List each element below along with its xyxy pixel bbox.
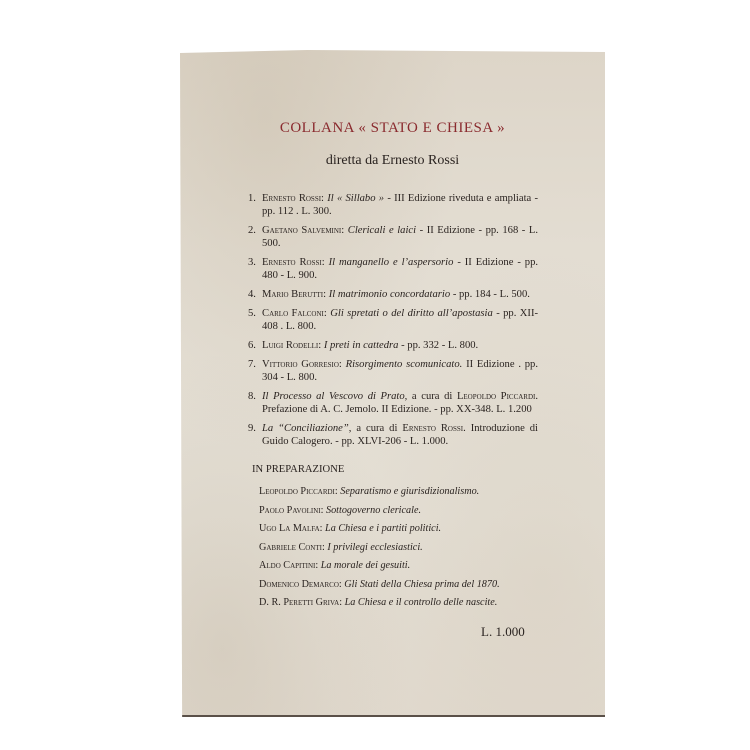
item-author: Ernesto Rossi: [262,193,324,204]
item-title: Il manganello e l’aspersorio [329,257,454,268]
catalog-item: 7. Vittorio Gorresio: Risorgimento scomu… [248,358,538,384]
item-number: 5. [248,307,256,320]
price-label: L. 1.000 [481,624,525,640]
catalog-item: 2. Gaetano Salvemini: Clericali e laici … [248,224,538,250]
item-author: Mario Berutti: [262,289,326,300]
item-title: I preti in cattedra [324,340,399,351]
item-title: Gli spretati o del diritto all’apostasia [330,308,493,319]
item-author: Carlo Falconi: [262,308,327,319]
item-title: Risorgimento scomunicato. [346,359,463,370]
item-number: 4. [248,288,256,301]
prep-item: Aldo Capitini: La morale dei gesuiti. [259,560,559,579]
prep-author: Aldo Capitini: [259,560,318,571]
prep-author: Domenico Demarco: [259,579,342,590]
prep-title: La Chiesa e i partiti politici. [325,523,441,534]
item-title: Il matrimonio concordatario [329,289,450,300]
catalog-item: 8. Il Processo al Vescovo di Prato, a cu… [248,390,538,416]
book-back-cover: COLLANA « STATO E CHIESA » diretta da Er… [180,50,605,717]
prep-author: Paolo Pavolini: [259,505,323,516]
item-editor: Leopoldo Piccardi. [457,391,538,402]
item-number: 1. [248,192,256,205]
item-number: 9. [248,422,256,435]
item-author: Gaetano Salvemini: [262,225,344,236]
item-connector: a cura di [407,391,457,402]
item-title: Clericali e laici [348,225,416,236]
prep-title: La Chiesa e il controllo delle nascite. [345,597,498,608]
item-details: Prefazione di A. C. Jemolo. II Edizione.… [262,404,532,415]
item-number: 7. [248,358,256,371]
catalog-item: 4. Mario Berutti: Il matrimonio concorda… [248,288,538,301]
prep-author: Gabriele Conti: [259,542,325,553]
item-author: Vittorio Gorresio: [262,359,342,370]
catalog-item: 3. Ernesto Rossi: Il manganello e l’aspe… [248,256,538,282]
in-preparation-heading: IN PREPARAZIONE [252,464,344,475]
item-title: La “Conciliazione” [262,423,349,434]
in-preparation-list: Leopoldo Piccardi: Separatismo e giurisd… [259,486,559,616]
item-number: 2. [248,224,256,237]
catalog-list: 1. Ernesto Rossi: Il « Sillabo » - III E… [248,192,538,454]
series-director: diretta da Ernesto Rossi [180,153,605,169]
item-number: 3. [248,256,256,269]
prep-title: Separatismo e giurisdizionalismo. [340,486,479,497]
item-details: - pp. 184 - L. 500. [450,289,530,300]
series-title: COLLANA « STATO E CHIESA » [180,120,605,137]
prep-title: Sottogoverno clericale. [326,505,421,516]
item-author: Ernesto Rossi: [262,257,325,268]
item-number: 6. [248,339,256,352]
catalog-item: 6. Luigi Rodelli: I preti in cattedra - … [248,339,538,352]
catalog-item: 9. La “Conciliazione”, a cura di Ernesto… [248,422,538,448]
prep-item: Domenico Demarco: Gli Stati della Chiesa… [259,579,559,598]
item-number: 8. [248,390,256,403]
prep-author: Ugo La Malfa: [259,523,323,534]
item-title: Il Processo al Vescovo di Prato, [262,391,407,402]
item-title: Il « Sillabo » [327,193,384,204]
prep-item: D. R. Peretti Griva: La Chiesa e il cont… [259,597,559,616]
prep-title: La morale dei gesuiti. [321,560,410,571]
item-connector: , a cura di [349,423,403,434]
prep-author: Leopoldo Piccardi: [259,486,338,497]
catalog-item: 1. Ernesto Rossi: Il « Sillabo » - III E… [248,192,538,218]
prep-item: Leopoldo Piccardi: Separatismo e giurisd… [259,486,559,505]
item-editor: Ernesto Rossi. [402,423,465,434]
prep-item: Ugo La Malfa: La Chiesa e i partiti poli… [259,523,559,542]
prep-title: I privilegi ecclesiastici. [327,542,422,553]
item-author: Luigi Rodelli: [262,340,321,351]
prep-title: Gli Stati della Chiesa prima del 1870. [344,579,499,590]
prep-item: Gabriele Conti: I privilegi ecclesiastic… [259,542,559,561]
catalog-item: 5. Carlo Falconi: Gli spretati o del dir… [248,307,538,333]
item-details: - pp. 332 - L. 800. [398,340,478,351]
prep-item: Paolo Pavolini: Sottogoverno clericale. [259,505,559,524]
prep-author: D. R. Peretti Griva: [259,597,342,608]
